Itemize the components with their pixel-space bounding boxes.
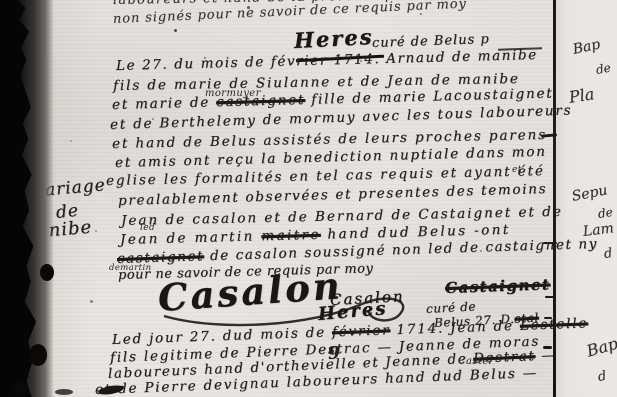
paper-speck (70, 140, 72, 142)
paper-speck (90, 300, 93, 303)
paper-speck (174, 29, 177, 32)
ink-blot (40, 264, 54, 281)
paper-speck (420, 13, 422, 15)
paper-speck (247, 6, 250, 9)
paper-speck (152, 118, 154, 120)
paper-speck (95, 230, 97, 232)
manuscript-scan: Bap de Pla Sepu de Lam d Bap d mariage d… (0, 0, 617, 397)
priest-signature: Heres (293, 24, 374, 53)
interline-correction: led (140, 223, 155, 233)
facing-margin-word: d (603, 246, 613, 262)
ink-smudge (55, 389, 73, 395)
interline-correction: et (512, 165, 522, 175)
facing-margin-word: d (597, 369, 608, 385)
ink-blot (29, 344, 47, 366)
text-segment: — (535, 347, 557, 364)
paper-speck (360, 60, 362, 62)
ink-blot (12, 381, 28, 396)
facing-margin-word: Sepu (570, 182, 608, 205)
struck-word: février (332, 322, 391, 340)
interline-correction: mormuyer (205, 88, 261, 99)
facing-margin-word: de (595, 61, 612, 77)
facing-margin-word: de (597, 205, 614, 221)
fold-tick-mark (545, 296, 554, 298)
facing-margin-word: Bap (571, 36, 601, 57)
text-segment: et marie de (112, 94, 217, 113)
struck-word: maitre (261, 227, 321, 245)
interline-correction: Castel (458, 356, 492, 367)
facing-page-edge: Bap de Pla Sepu de Lam d Bap d (557, 0, 617, 397)
facing-margin-word: Bap (584, 334, 617, 361)
struck-word: Lestelle (520, 315, 589, 333)
paper-speck (204, 57, 206, 59)
signature-castaignet-struck: Castaignet (445, 275, 551, 297)
paper-speck (480, 250, 482, 252)
page-fold-line (553, 0, 556, 397)
